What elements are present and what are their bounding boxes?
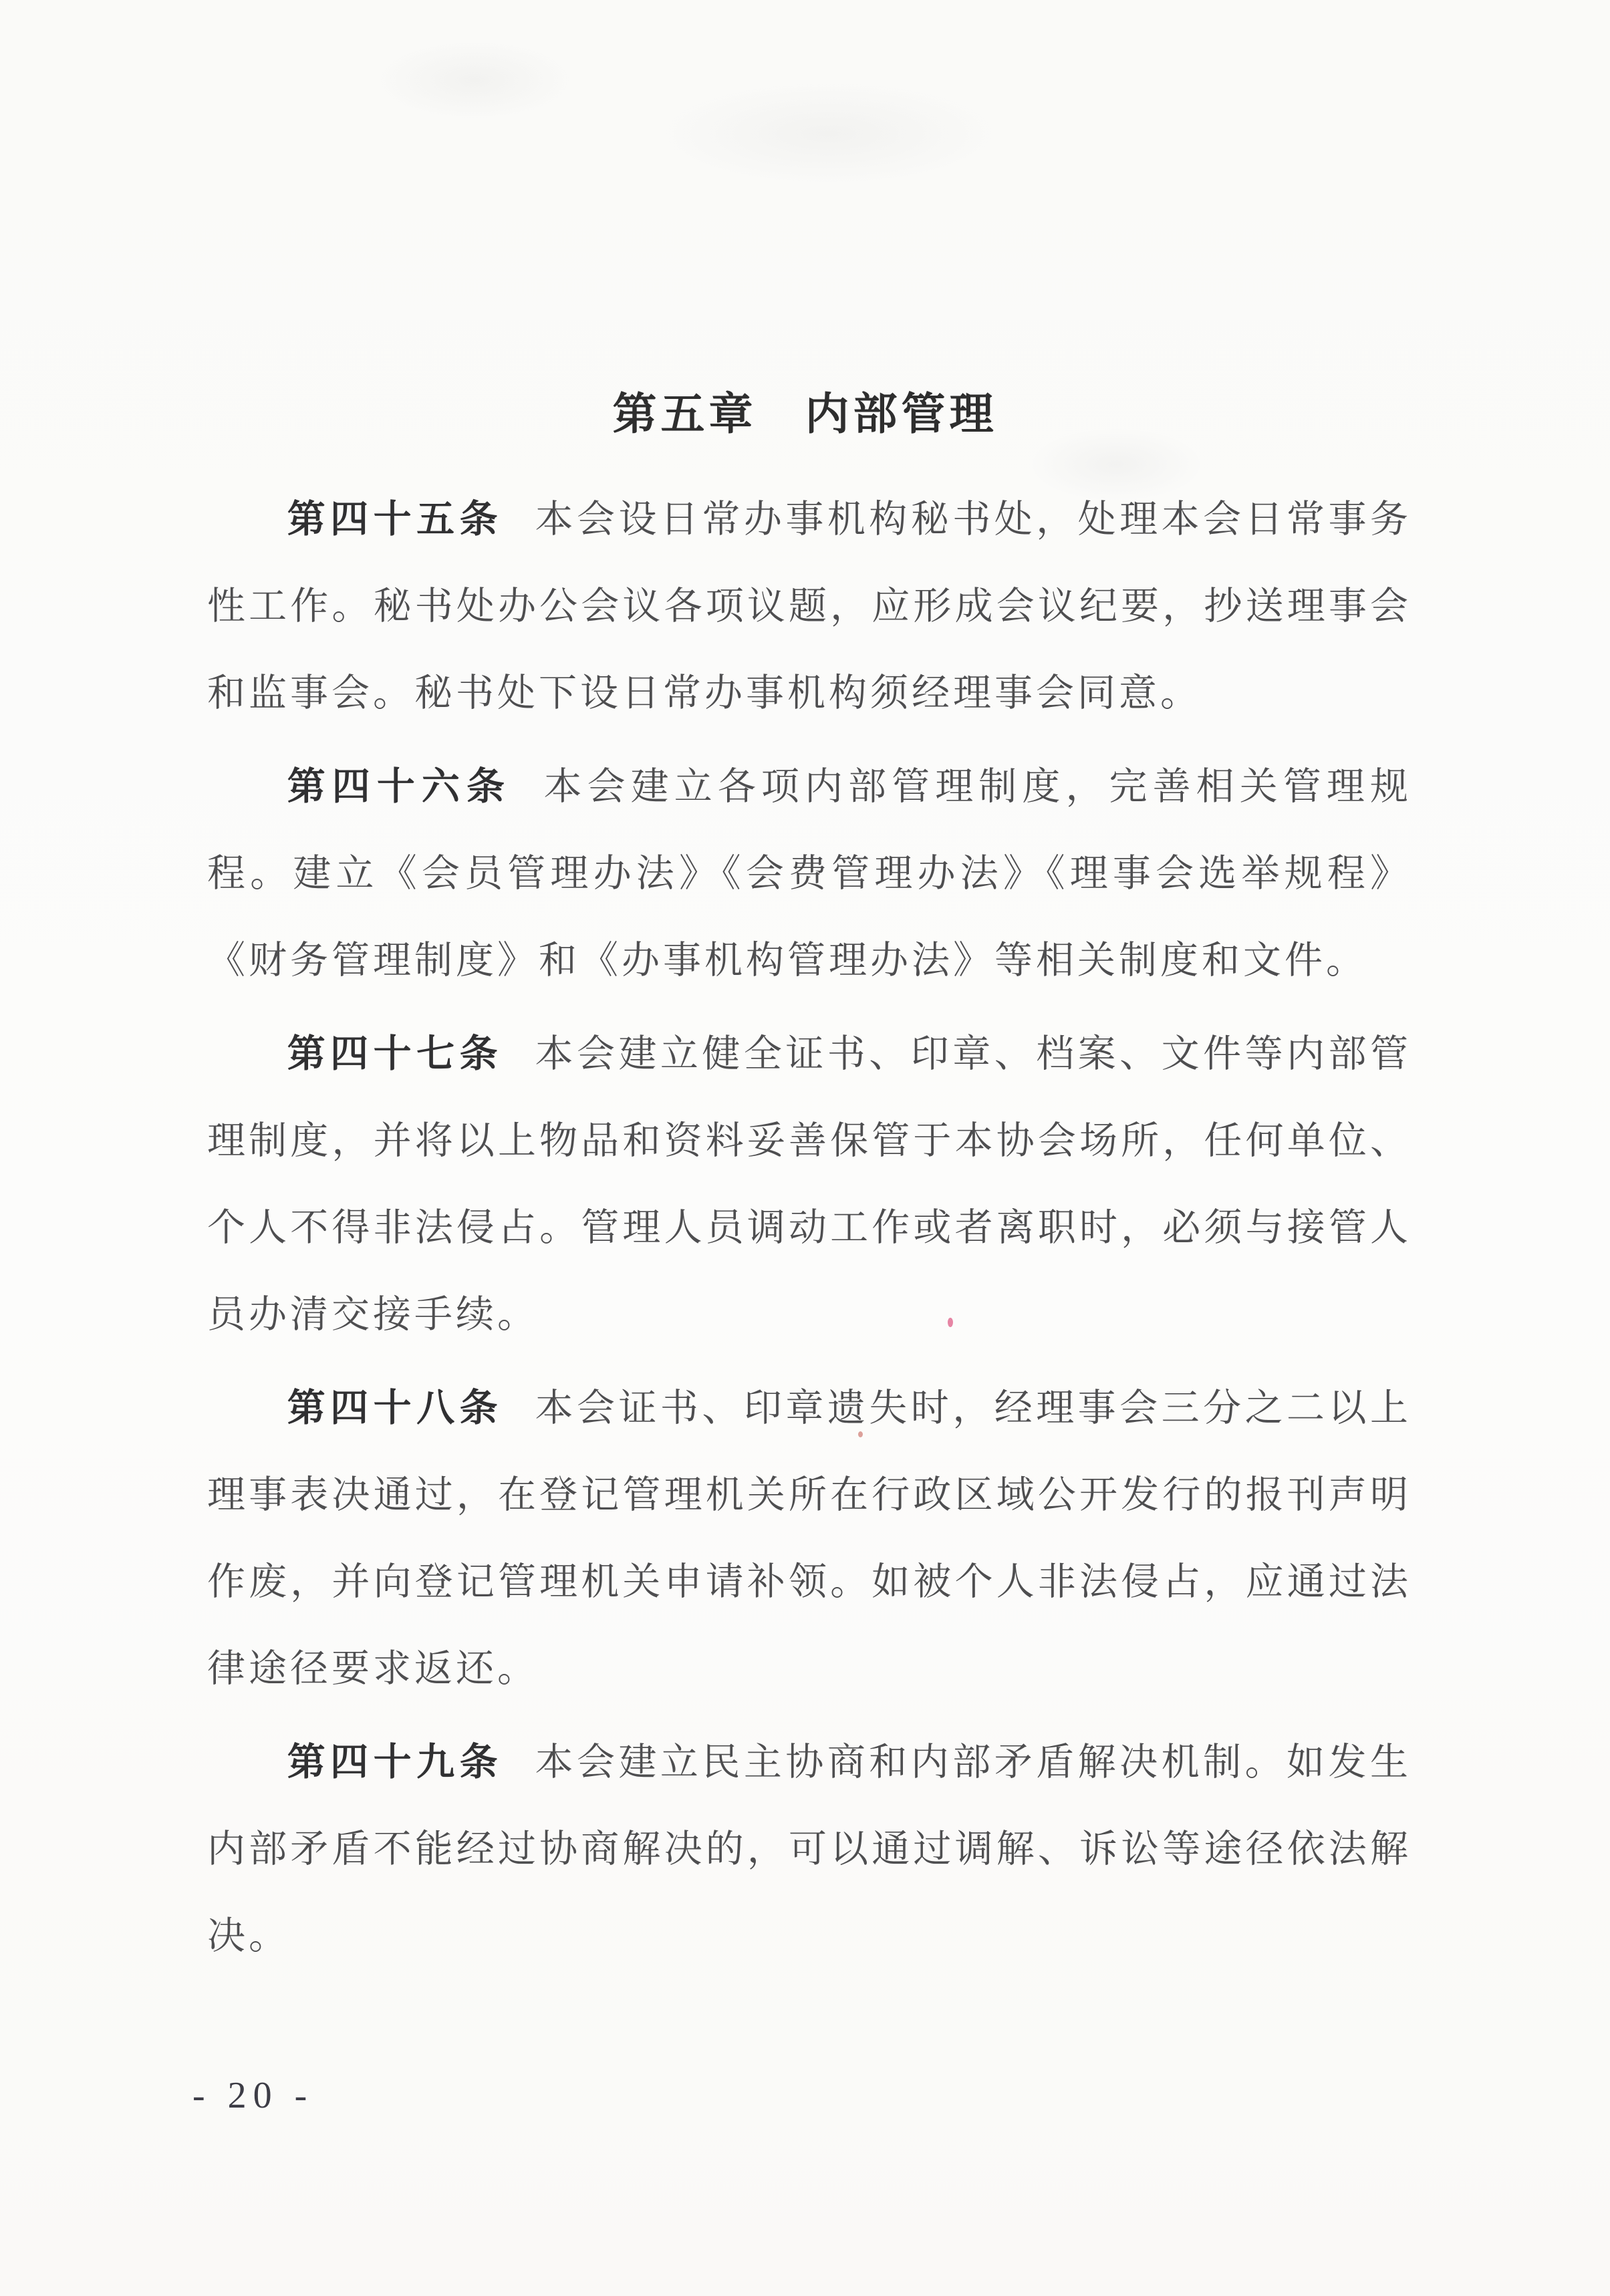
article-paragraph-46: 第四十六条本会建立各项内部管理制度，完善相关管理规程。建立《会员管理办法》《会费… <box>207 743 1412 1004</box>
article-text: 本会证书、印章遗失时，经理事会三分之二以上理事表决通过，在登记管理机关所在行政区… <box>207 1387 1412 1690</box>
article-paragraph-45: 第四十五条本会设日常办事机构秘书处，处理本会日常事务性工作。秘书处办公会议各项议… <box>207 476 1412 737</box>
chapter-title: 第五章 内部管理 <box>0 378 1610 442</box>
page-number: - 20 - <box>192 2074 313 2117</box>
scanned-document-page: 第五章 内部管理 第四十五条本会设日常办事机构秘书处，处理本会日常事务性工作。秘… <box>0 0 1610 2296</box>
scan-smudge <box>374 40 575 120</box>
document-body: 第四十五条本会设日常办事机构秘书处，处理本会日常事务性工作。秘书处办公会议各项议… <box>207 476 1412 1986</box>
article-paragraph-47: 第四十七条本会建立健全证书、印章、档案、文件等内部管理制度，并将以上物品和资料妥… <box>207 1010 1412 1358</box>
article-number: 第四十八条 <box>287 1387 503 1429</box>
article-paragraph-48: 第四十八条本会证书、印章遗失时，经理事会三分之二以上理事表决通过，在登记管理机关… <box>207 1365 1412 1713</box>
article-number: 第四十五条 <box>287 498 503 541</box>
article-paragraph-49: 第四十九条本会建立民主协商和内部矛盾解决机制。如发生内部矛盾不能经过协商解决的，… <box>207 1719 1412 1980</box>
article-number: 第四十九条 <box>287 1741 503 1783</box>
article-number: 第四十六条 <box>287 765 511 808</box>
article-text: 本会建立健全证书、印章、档案、文件等内部管理制度，并将以上物品和资料妥善保管于本… <box>207 1033 1412 1336</box>
article-number: 第四十七条 <box>287 1032 503 1075</box>
scan-smudge <box>655 80 1002 187</box>
